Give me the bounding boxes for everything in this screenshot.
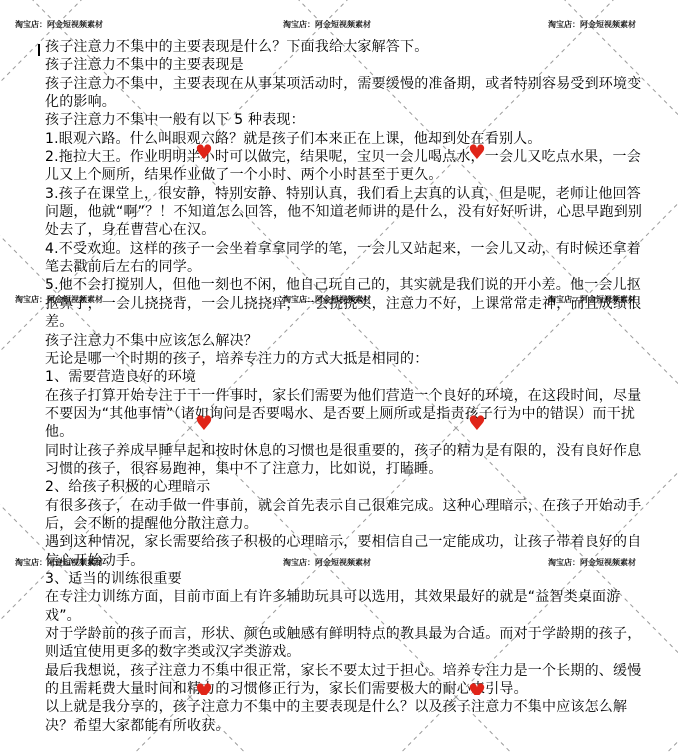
paragraph: 4.不受欢迎。这样的孩子一会坐着拿拿同学的笔，一会儿又站起来，一会儿又动，有时候…	[45, 240, 645, 277]
paragraph: 孩子注意力不集中一般有以下 5 种表现：	[45, 111, 645, 129]
paragraph: 3.孩子在课堂上，很安静，特别安静、特别认真，我们看上去真的认真，但是呢，老师让…	[45, 185, 645, 240]
paragraph: 遇到这种情况，家长需要给孩子积极的心理暗示，要相信自己一定能成功，让孩子带着良好…	[45, 533, 645, 570]
paragraph: 无论是哪一个时期的孩子，培养专注力的方式大抵是相同的：	[45, 350, 645, 368]
paragraph: 以上就是我分享的，孩子注意力不集中的主要表现是什么？以及孩子注意力不集中应该怎么…	[45, 698, 645, 735]
paragraph: 孩子注意力不集中的主要表现是什么？下面我给大家解答下。	[45, 38, 645, 56]
paragraph: 孩子注意力不集中，主要表现在从事某项活动时，需要缓慢的准备期，或者特别容易受到环…	[45, 75, 645, 112]
paragraph: 孩子注意力不集中应该怎么解决？	[45, 332, 645, 350]
paragraph: 在孩子打算开始专注于干一件事时，家长们需要为他们营造一个良好的环境，在这段时间，…	[45, 387, 645, 442]
paragraph: 最后我想说，孩子注意力不集中很正常，家长不要太过于担心。培养专注力是一个长期的、…	[45, 662, 645, 699]
paragraph: 同时让孩子养成早睡早起和按时休息的习惯也是很重要的，孩子的精力是有限的，没有良好…	[45, 442, 645, 479]
paragraph: 1.眼观六路。什么叫眼观六路？就是孩子们本来正在上课，他却到处在看别人。	[45, 130, 645, 148]
paragraph: 在专注力训练方面，目前市面上有许多辅助玩具可以选用，其效果最好的就是“益智类桌面…	[45, 588, 645, 625]
paragraph: 1、需要营造良好的环境	[45, 368, 645, 386]
paragraph: 对于学龄前的孩子而言，形状、颜色或触感有鲜明特点的教具最为合适。而对于学龄期的孩…	[45, 625, 645, 662]
paragraph: 2.拖拉大王。作业明明半小时可以做完，结果呢，宝贝一会儿喝点水，一会儿又吃点水果…	[45, 148, 645, 185]
page: { "watermark": { "store_label": "淘宝店：阿金短…	[0, 0, 678, 752]
paragraph: 2、给孩子积极的心理暗示	[45, 478, 645, 496]
document-text-area[interactable]: 孩子注意力不集中的主要表现是什么？下面我给大家解答下。孩子注意力不集中的主要表现…	[45, 38, 645, 735]
watermark-store-label: 淘宝店：阿金短视频素材	[15, 19, 103, 30]
watermark-store-label: 淘宝店：阿金短视频素材	[548, 19, 636, 30]
paragraph: 孩子注意力不集中的主要表现是	[45, 56, 645, 74]
paragraph: 3、适当的训练很重要	[45, 570, 645, 588]
watermark-store-label: 淘宝店：阿金短视频素材	[283, 19, 371, 30]
text-cursor	[38, 44, 40, 56]
paragraph: 有很多孩子，在动手做一件事前，就会首先表示自己很难完成。这种心理暗示，在孩子开始…	[45, 497, 645, 534]
paragraph: 5.他不会打搅别人，但他一刻也不闲，他自己玩自己的，其实就是我们说的开小差。他一…	[45, 276, 645, 331]
